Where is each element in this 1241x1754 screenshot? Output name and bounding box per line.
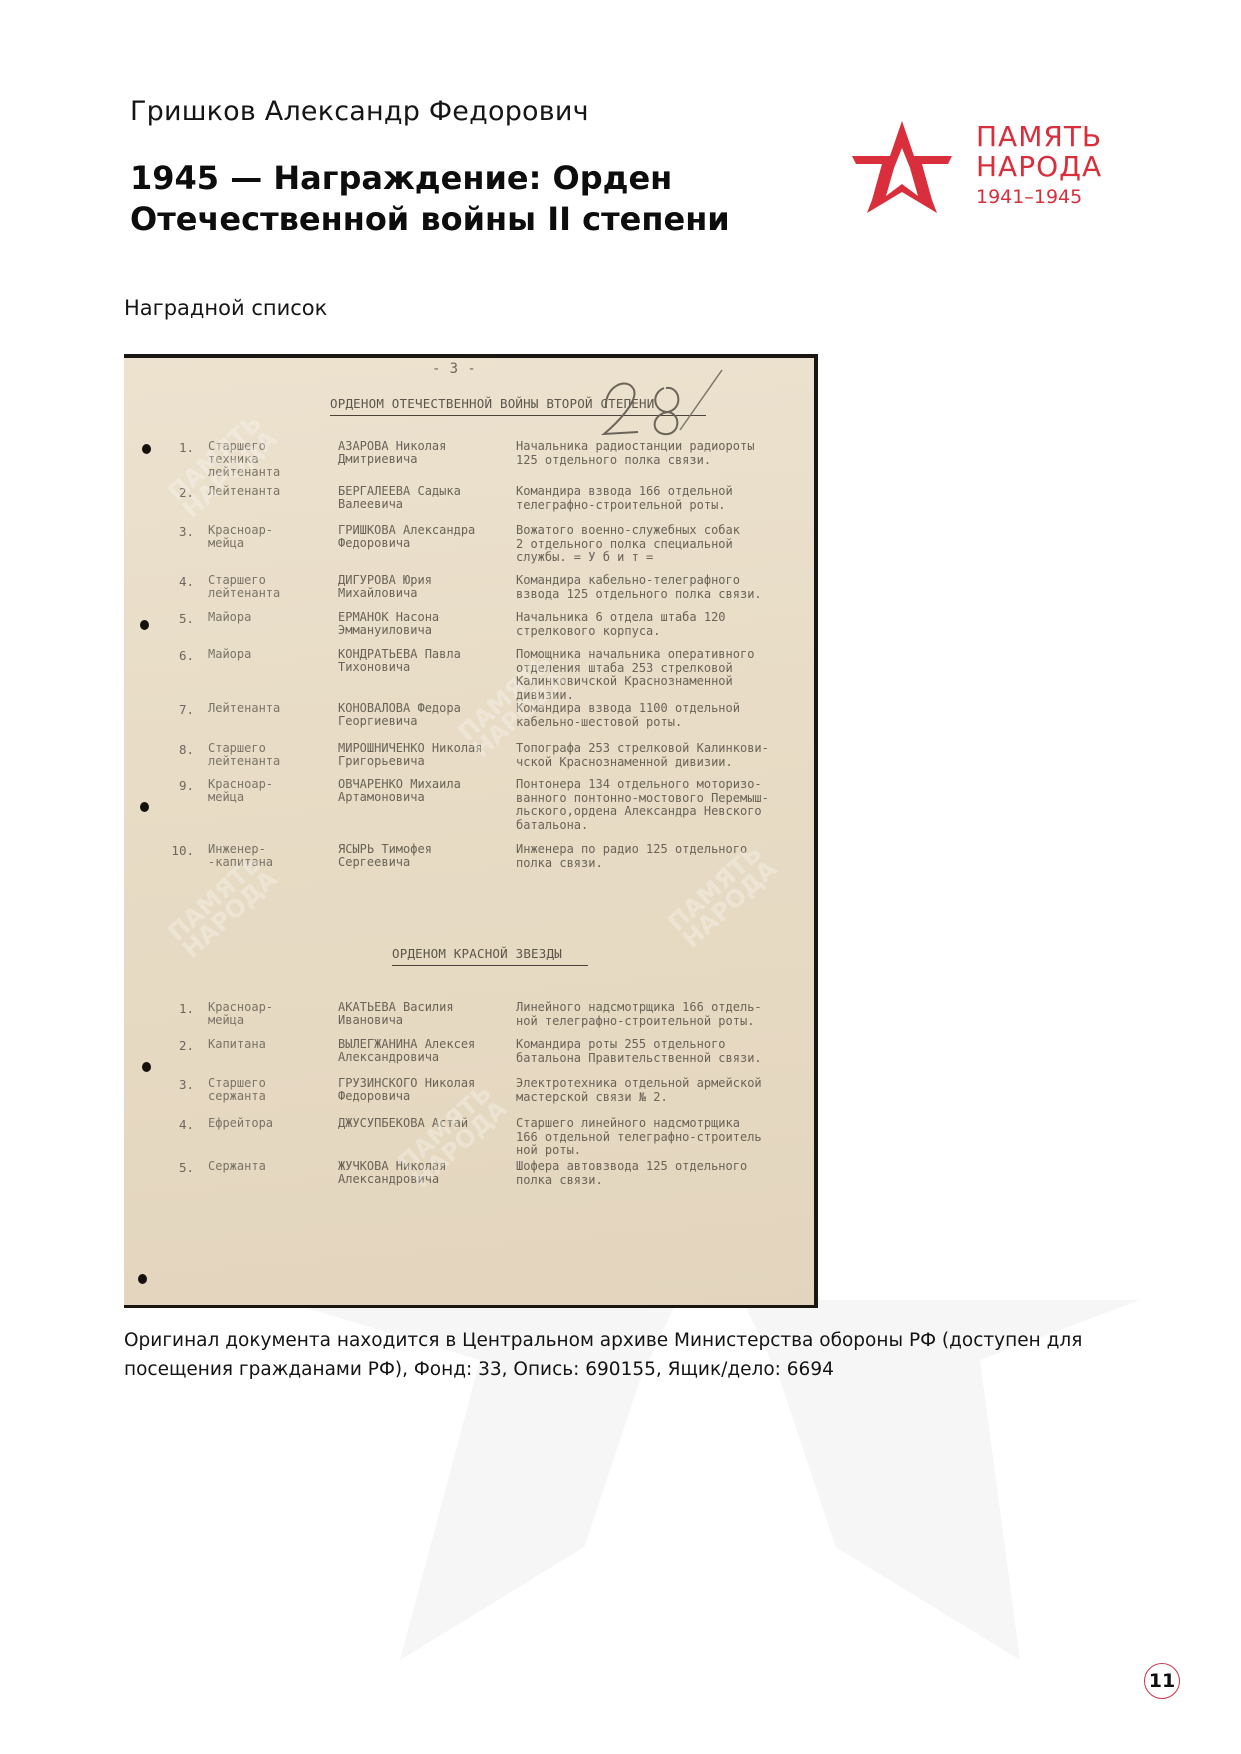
entry-position: Командира взвода 166 отдельной телеграфн… xyxy=(516,485,816,512)
entry-position: Шофера автовзвода 125 отдельного полка с… xyxy=(516,1160,816,1187)
entry-rank: Майора xyxy=(208,648,318,661)
entry-number: 3. xyxy=(164,524,194,539)
punch-hole xyxy=(140,802,149,812)
entry-number: 8. xyxy=(164,742,194,757)
person-name: Гришков Александр Федорович xyxy=(130,96,589,127)
red-star-icon xyxy=(852,118,952,218)
punch-hole xyxy=(142,1062,151,1072)
entry-name: АЗАРОВА Николая Дмитриевича xyxy=(338,440,513,466)
entry-number: 2. xyxy=(164,1038,194,1053)
page-number-badge: 11 xyxy=(1144,1663,1180,1699)
entry-name: ГРИШКОВА Александра Федоровича xyxy=(338,524,513,550)
entry-position: Топографа 253 стрелковой Калинкови- чско… xyxy=(516,742,816,769)
entry-rank: Красноар- мейца xyxy=(208,1001,318,1027)
entry-number: 1. xyxy=(164,1001,194,1016)
entry-number: 3. xyxy=(164,1077,194,1092)
logo-line-1: ПАМЯТЬ xyxy=(976,122,1102,152)
entry-name: ОВЧАРЕНКО Михаила Артамоновича xyxy=(338,778,513,804)
entry-rank: Ефрейтора xyxy=(208,1117,318,1130)
entry-position: Вожатого военно-служебных собак 2 отдель… xyxy=(516,524,816,565)
entry-number: 4. xyxy=(164,574,194,589)
entry-rank: Майора xyxy=(208,611,318,624)
entry-number: 1. xyxy=(164,440,194,455)
scanned-award-list: - 3 - ОРДЕНОМ ОТЕЧЕСТВЕННОЙ ВОЙНЫ ВТОРОЙ… xyxy=(124,354,818,1308)
entry-position: Линейного надсмотрщика 166 отдель- ной т… xyxy=(516,1001,816,1028)
scan-edge xyxy=(124,1305,818,1308)
entry-name: КОНДРАТЬЕВА Павла Тихоновича xyxy=(338,648,513,674)
entry-rank: Красноар- мейца xyxy=(208,524,318,550)
entry-name: ЯСЫРЬ Тимофея Сергеевича xyxy=(338,843,513,869)
entry-number: 4. xyxy=(164,1117,194,1132)
scan-page-number: - 3 - xyxy=(432,362,476,377)
punch-hole xyxy=(142,444,151,454)
entry-position: Понтонера 134 отдельного моторизо- ванно… xyxy=(516,778,816,832)
punch-hole xyxy=(140,620,149,630)
entry-rank: Старшего лейтенанта xyxy=(208,574,318,600)
entry-number: 10. xyxy=(164,843,194,858)
entry-rank: Капитана xyxy=(208,1038,318,1051)
entry-number: 7. xyxy=(164,702,194,717)
entry-name: АКАТЬЕВА Василия Ивановича xyxy=(338,1001,513,1027)
archive-source-note: Оригинал документа находится в Центральн… xyxy=(124,1326,1104,1384)
section-title: ОРДЕНОМ КРАСНОЙ ЗВЕЗДЫ xyxy=(392,946,588,966)
entry-number: 5. xyxy=(164,611,194,626)
entry-number: 6. xyxy=(164,648,194,663)
entry-rank: Старшего лейтенанта xyxy=(208,742,318,768)
entry-rank: Лейтенанта xyxy=(208,702,318,715)
entry-position: Электротехника отдельной армейской масте… xyxy=(516,1077,816,1104)
handwritten-mark-icon xyxy=(594,368,724,448)
entry-rank: Старшего сержанта xyxy=(208,1077,318,1103)
entry-number: 5. xyxy=(164,1160,194,1175)
entry-rank: Сержанта xyxy=(208,1160,318,1173)
entry-position: Начальника 6 отдела штаба 120 стрелковог… xyxy=(516,611,816,638)
logo-years: 1941–1945 xyxy=(976,184,1102,210)
punch-hole xyxy=(138,1274,147,1284)
entry-position: Командира взвода 1100 отдельной кабельно… xyxy=(516,702,816,729)
logo-line-2: НАРОДА xyxy=(976,152,1102,182)
entry-name: ЕРМАНОК Насона Эммануиловича xyxy=(338,611,513,637)
entry-name: ДИГУРОВА Юрия Михайловича xyxy=(338,574,513,600)
entry-position: Старшего линейного надсмотрщика 166 отде… xyxy=(516,1117,816,1158)
entry-name: ВЫЛЕГЖАНИНА Алексея Александровича xyxy=(338,1038,513,1064)
logo-text: ПАМЯТЬ НАРОДА 1941–1945 xyxy=(976,122,1102,210)
entry-position: Командира роты 255 отдельного батальона … xyxy=(516,1038,816,1065)
document-type-label: Наградной список xyxy=(124,296,327,320)
award-title: 1945 — Награждение: Орден Отечественной … xyxy=(130,158,770,240)
entry-rank: Красноар- мейца xyxy=(208,778,318,804)
entry-name: БЕРГАЛЕЕВА Садыка Валеевича xyxy=(338,485,513,511)
entry-position: Начальника радиостанции радиороты 125 от… xyxy=(516,440,816,467)
pamyat-naroda-logo: ПАМЯТЬ НАРОДА 1941–1945 xyxy=(852,118,1122,218)
entry-position: Командира кабельно-телеграфного взвода 1… xyxy=(516,574,816,601)
entry-number: 9. xyxy=(164,778,194,793)
